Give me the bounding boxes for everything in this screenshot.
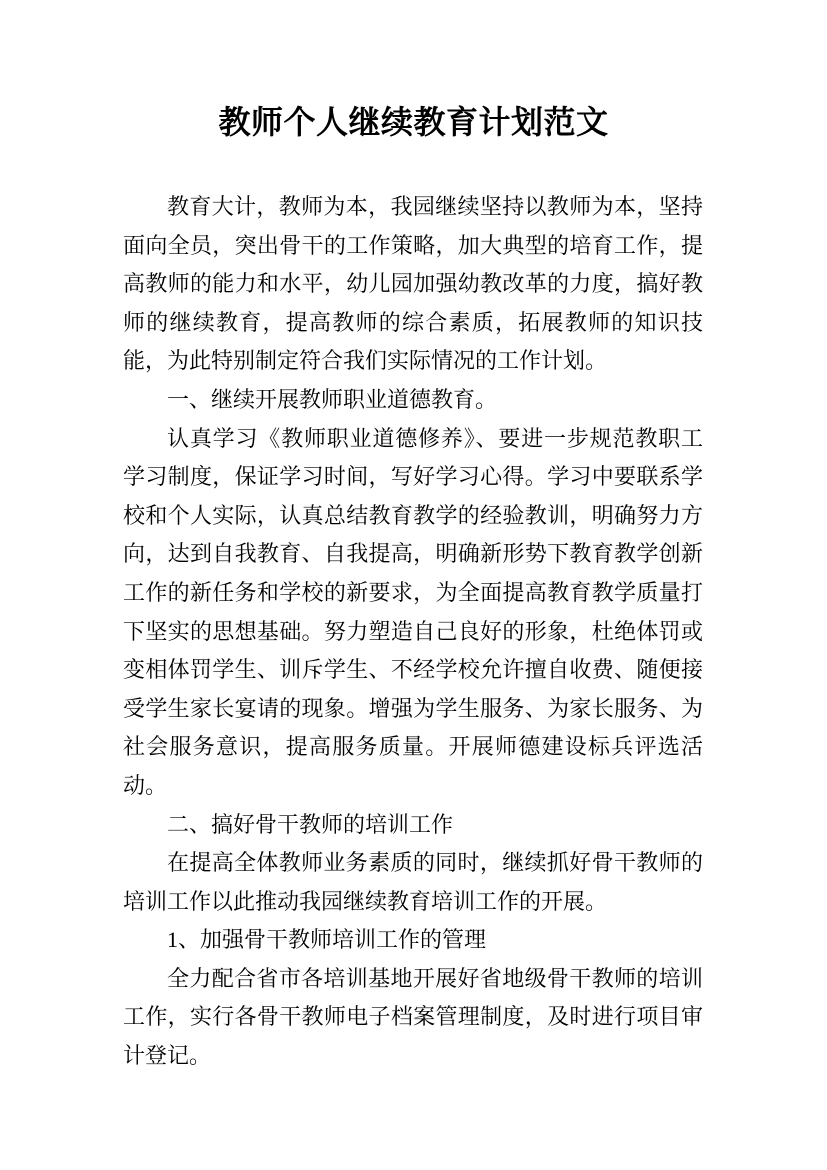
section-heading-1: 一、继续开展教师职业道德教育。 xyxy=(123,381,703,420)
intro-paragraph: 教育大计，教师为本，我园继续坚持以教师为本，坚持面向全员，突出骨干的工作策略，加… xyxy=(123,188,703,381)
section-1-paragraph: 认真学习《教师职业道德修养》、要进一步规范教职工学习制度，保证学习时间，写好学习… xyxy=(123,420,703,806)
subsection-2-1-paragraph: 全力配合省市各培训基地开展好省地级骨干教师的培训工作，实行各骨干教师电子档案管理… xyxy=(123,960,703,1076)
document-page: 教师个人继续教育计划范文 教育大计，教师为本，我园继续坚持以教师为本，坚持面向全… xyxy=(0,0,827,1170)
subsection-heading-2-1: 1、加强骨干教师培训工作的管理 xyxy=(123,921,703,960)
document-title: 教师个人继续教育计划范文 xyxy=(0,0,827,140)
document-body: 教育大计，教师为本，我园继续坚持以教师为本，坚持面向全员，突出骨干的工作策略，加… xyxy=(123,188,703,1076)
section-heading-2: 二、搞好骨干教师的培训工作 xyxy=(123,806,703,845)
section-2-paragraph: 在提高全体教师业务素质的同时，继续抓好骨干教师的培训工作以此推动我园继续教育培训… xyxy=(123,844,703,921)
